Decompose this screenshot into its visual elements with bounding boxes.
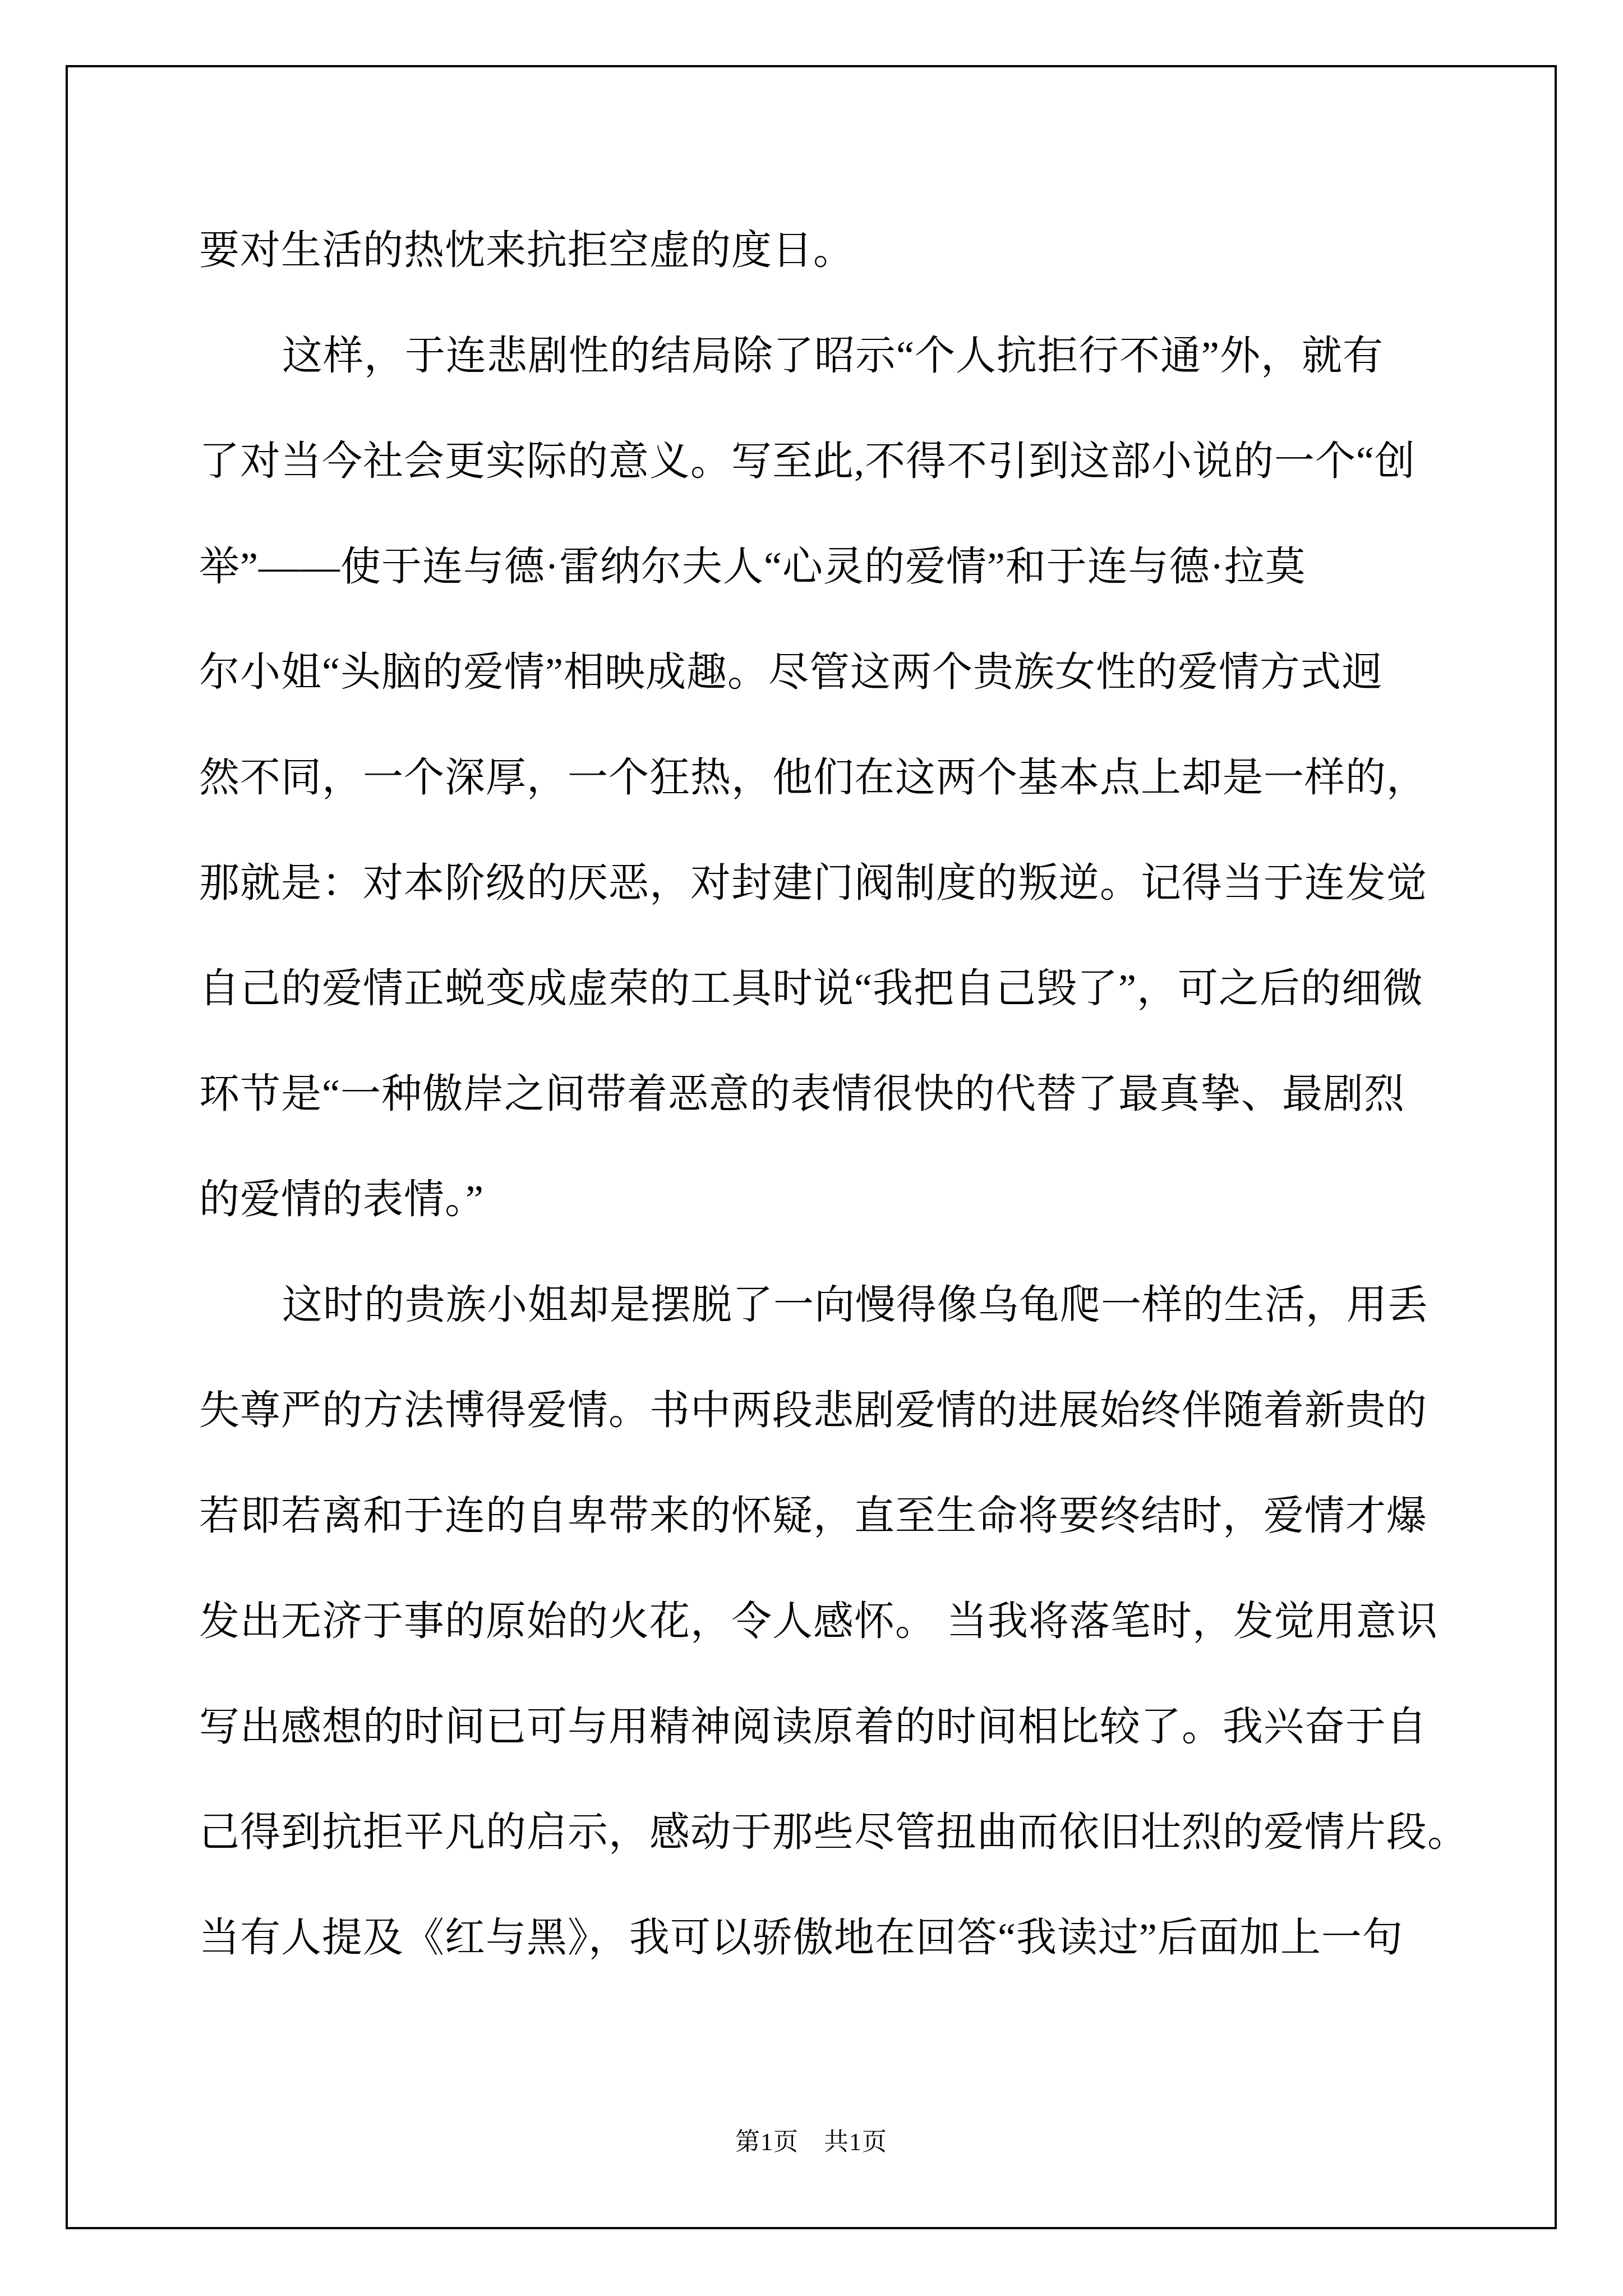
document-page: 要对生活的热忱来抗拒空虚的度日。 这样，于连悲剧性的结局除了昭示“个人抗拒行不通… [0,0,1623,2296]
text-line: 若即若离和于连的自卑带来的怀疑，直至生命将要终结时，爱情才爆 [199,1463,1427,1568]
text-line: 这样，于连悲剧性的结局除了昭示“个人抗拒行不通”外，就有 [199,303,1427,408]
text-line: 自己的爱情正蜕变成虚荣的工具时说“我把自己毁了”，可之后的细微 [199,936,1427,1041]
page-footer: 第1页 共1页 [66,2129,1557,2156]
text-line: 这时的贵族小姐却是摆脱了一向慢得像乌龟爬一样的生活，用丢 [199,1252,1427,1358]
text-line: 了对当今社会更实际的意义。写至此,不得不引到这部小说的一个“创 [199,408,1427,514]
text-line: 环节是“一种傲岸之间带着恶意的表情很快的代替了最真挚、最剧烈 [199,1041,1427,1147]
text-line: 要对生活的热忱来抗拒空虚的度日。 [199,197,1427,303]
text-line: 发出无济于事的原始的火花，令人感怀。 当我将落笔时，发觉用意识 [199,1568,1427,1674]
text-line: 失尊严的方法博得爱情。书中两段悲剧爱情的进展始终伴随着新贵的 [199,1358,1427,1463]
text-line: 那就是：对本阶级的厌恶，对封建门阀制度的叛逆。记得当于连发觉 [199,830,1427,936]
text-line: 然不同，一个深厚，一个狂热，他们在这两个基本点上却是一样的， [199,725,1427,830]
text-line: 写出感想的时间已可与用精神阅读原着的时间相比较了。我兴奋于自 [199,1674,1427,1779]
text-line: 己得到抗拒平凡的启示，感动于那些尽管扭曲而依旧壮烈的爱情片段。 [199,1779,1427,1885]
text-line: 举”——使于连与德·雷纳尔夫人“心灵的爱情”和于连与德·拉莫 [199,514,1427,619]
text-line: 当有人提及《红与黑》，我可以骄傲地在回答“我读过”后面加上一句 [199,1885,1427,1990]
text-line: 的爱情的表情。” [199,1147,1427,1252]
document-body: 要对生活的热忱来抗拒空虚的度日。 这样，于连悲剧性的结局除了昭示“个人抗拒行不通… [199,197,1427,1990]
text-line: 尔小姐“头脑的爱情”相映成趣。尽管这两个贵族女性的爱情方式迥 [199,619,1427,725]
